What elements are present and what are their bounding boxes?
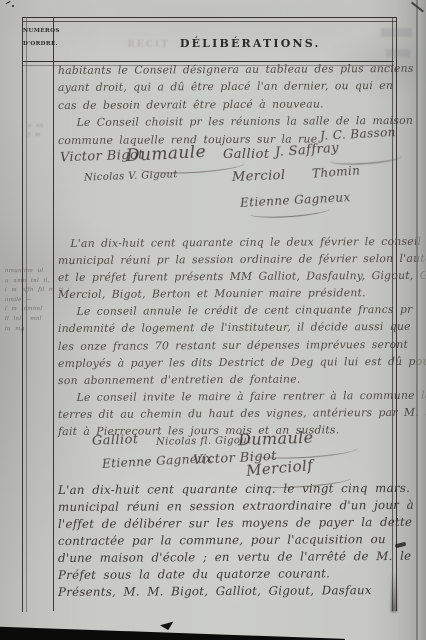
handwritten-line: terres dit au chemin du haut des vignes,… bbox=[58, 404, 394, 423]
handwritten-line: lu mg bbox=[5, 324, 57, 334]
handwritten-line: nmunlnm ul bbox=[5, 267, 57, 277]
order-column-header-line1: NUMÉROS bbox=[23, 25, 53, 38]
handwritten-line: L'an dix-huit cent quarante cinq. le vin… bbox=[58, 480, 394, 499]
handwritten-line: i m nffn fil m ti i bbox=[5, 286, 57, 296]
handwritten-line: Présents, M. M. Bigot, Galliot, Gigout, … bbox=[58, 582, 394, 601]
ink-speck bbox=[6, 1, 12, 6]
handwritten-line: u nmn tnl il, bbox=[5, 276, 57, 286]
handwritten-line: t m bbox=[28, 131, 58, 140]
handwritten-line: ayant droit, qui a dû être placé l'an de… bbox=[58, 77, 392, 96]
margin-annotations-upper: a nnt m bbox=[28, 122, 58, 140]
handwritten-line: indemnité de logement de l'instituteur, … bbox=[58, 318, 394, 337]
register-page-scan: NUMÉROS D'ORDRE. RECITDÉLIBÉRATIONS. hab… bbox=[0, 0, 426, 640]
handwritten-line: Préfet sous la date du quatorze courant. bbox=[58, 565, 394, 584]
handwritten-line: employés à payer les dits Destrict de De… bbox=[58, 353, 394, 372]
faint-stamp-upper bbox=[381, 28, 412, 37]
margin-annotations: nmunlnm ulu nmn tnl il,i m nffn fil m ti… bbox=[5, 267, 57, 334]
signature-galliot-2: Galliot bbox=[92, 432, 139, 449]
handwritten-line: l m lnmnnl bbox=[5, 305, 57, 315]
handwritten-line: les onze francs 70 restant sur dépenses … bbox=[58, 336, 394, 355]
handwritten-line: a nn bbox=[28, 122, 58, 131]
ink-speck bbox=[12, 5, 14, 7]
handwritten-line: son abonnement d'entretien de fontaine. bbox=[58, 370, 394, 389]
handwritten-line: municipal réuni en session extraordinair… bbox=[58, 497, 394, 516]
paragraph-session-february: L'an dix-huit cent quarante cinq le deux… bbox=[58, 234, 394, 439]
handwritten-line: Le conseil invite le maire à faire rentr… bbox=[58, 387, 394, 406]
handwritten-line: l'effet de délibérer sur les moyens de p… bbox=[58, 514, 394, 533]
signature-thomin: Thomin bbox=[312, 163, 361, 180]
handwritten-line: d'une maison d'école ; en vertu de l'arr… bbox=[58, 548, 394, 567]
border-ink-smudge bbox=[391, 572, 397, 612]
table-top-border bbox=[22, 17, 396, 22]
ghost-stamp-text: RECIT bbox=[127, 40, 169, 50]
handwritten-line: contractée par la commune, pour l'acquis… bbox=[58, 531, 394, 550]
handwritten-line: ll lnl mnl bbox=[5, 315, 57, 325]
signature-merciol-1: Merciol bbox=[232, 168, 286, 185]
order-column-header-line2: D'ORDRE. bbox=[23, 38, 53, 51]
signature-saffray: J. Saffray bbox=[275, 141, 340, 160]
page-edge-shadow bbox=[418, 0, 426, 640]
scan-black-corner bbox=[0, 621, 345, 640]
ink-arrow-mark bbox=[160, 620, 175, 630]
order-column-header: NUMÉROS D'ORDRE. bbox=[23, 25, 53, 51]
handwritten-line: L'an dix-huit cent quarante cinq le deux… bbox=[58, 233, 394, 252]
paragraph-session-march: L'an dix-huit cent quarante cinq. le vin… bbox=[58, 481, 394, 600]
title-row: RECITDÉLIBÉRATIONS. bbox=[55, 32, 393, 51]
faint-stamp-lower bbox=[386, 49, 410, 57]
page-title: DÉLIBÉRATIONS. bbox=[180, 37, 321, 50]
